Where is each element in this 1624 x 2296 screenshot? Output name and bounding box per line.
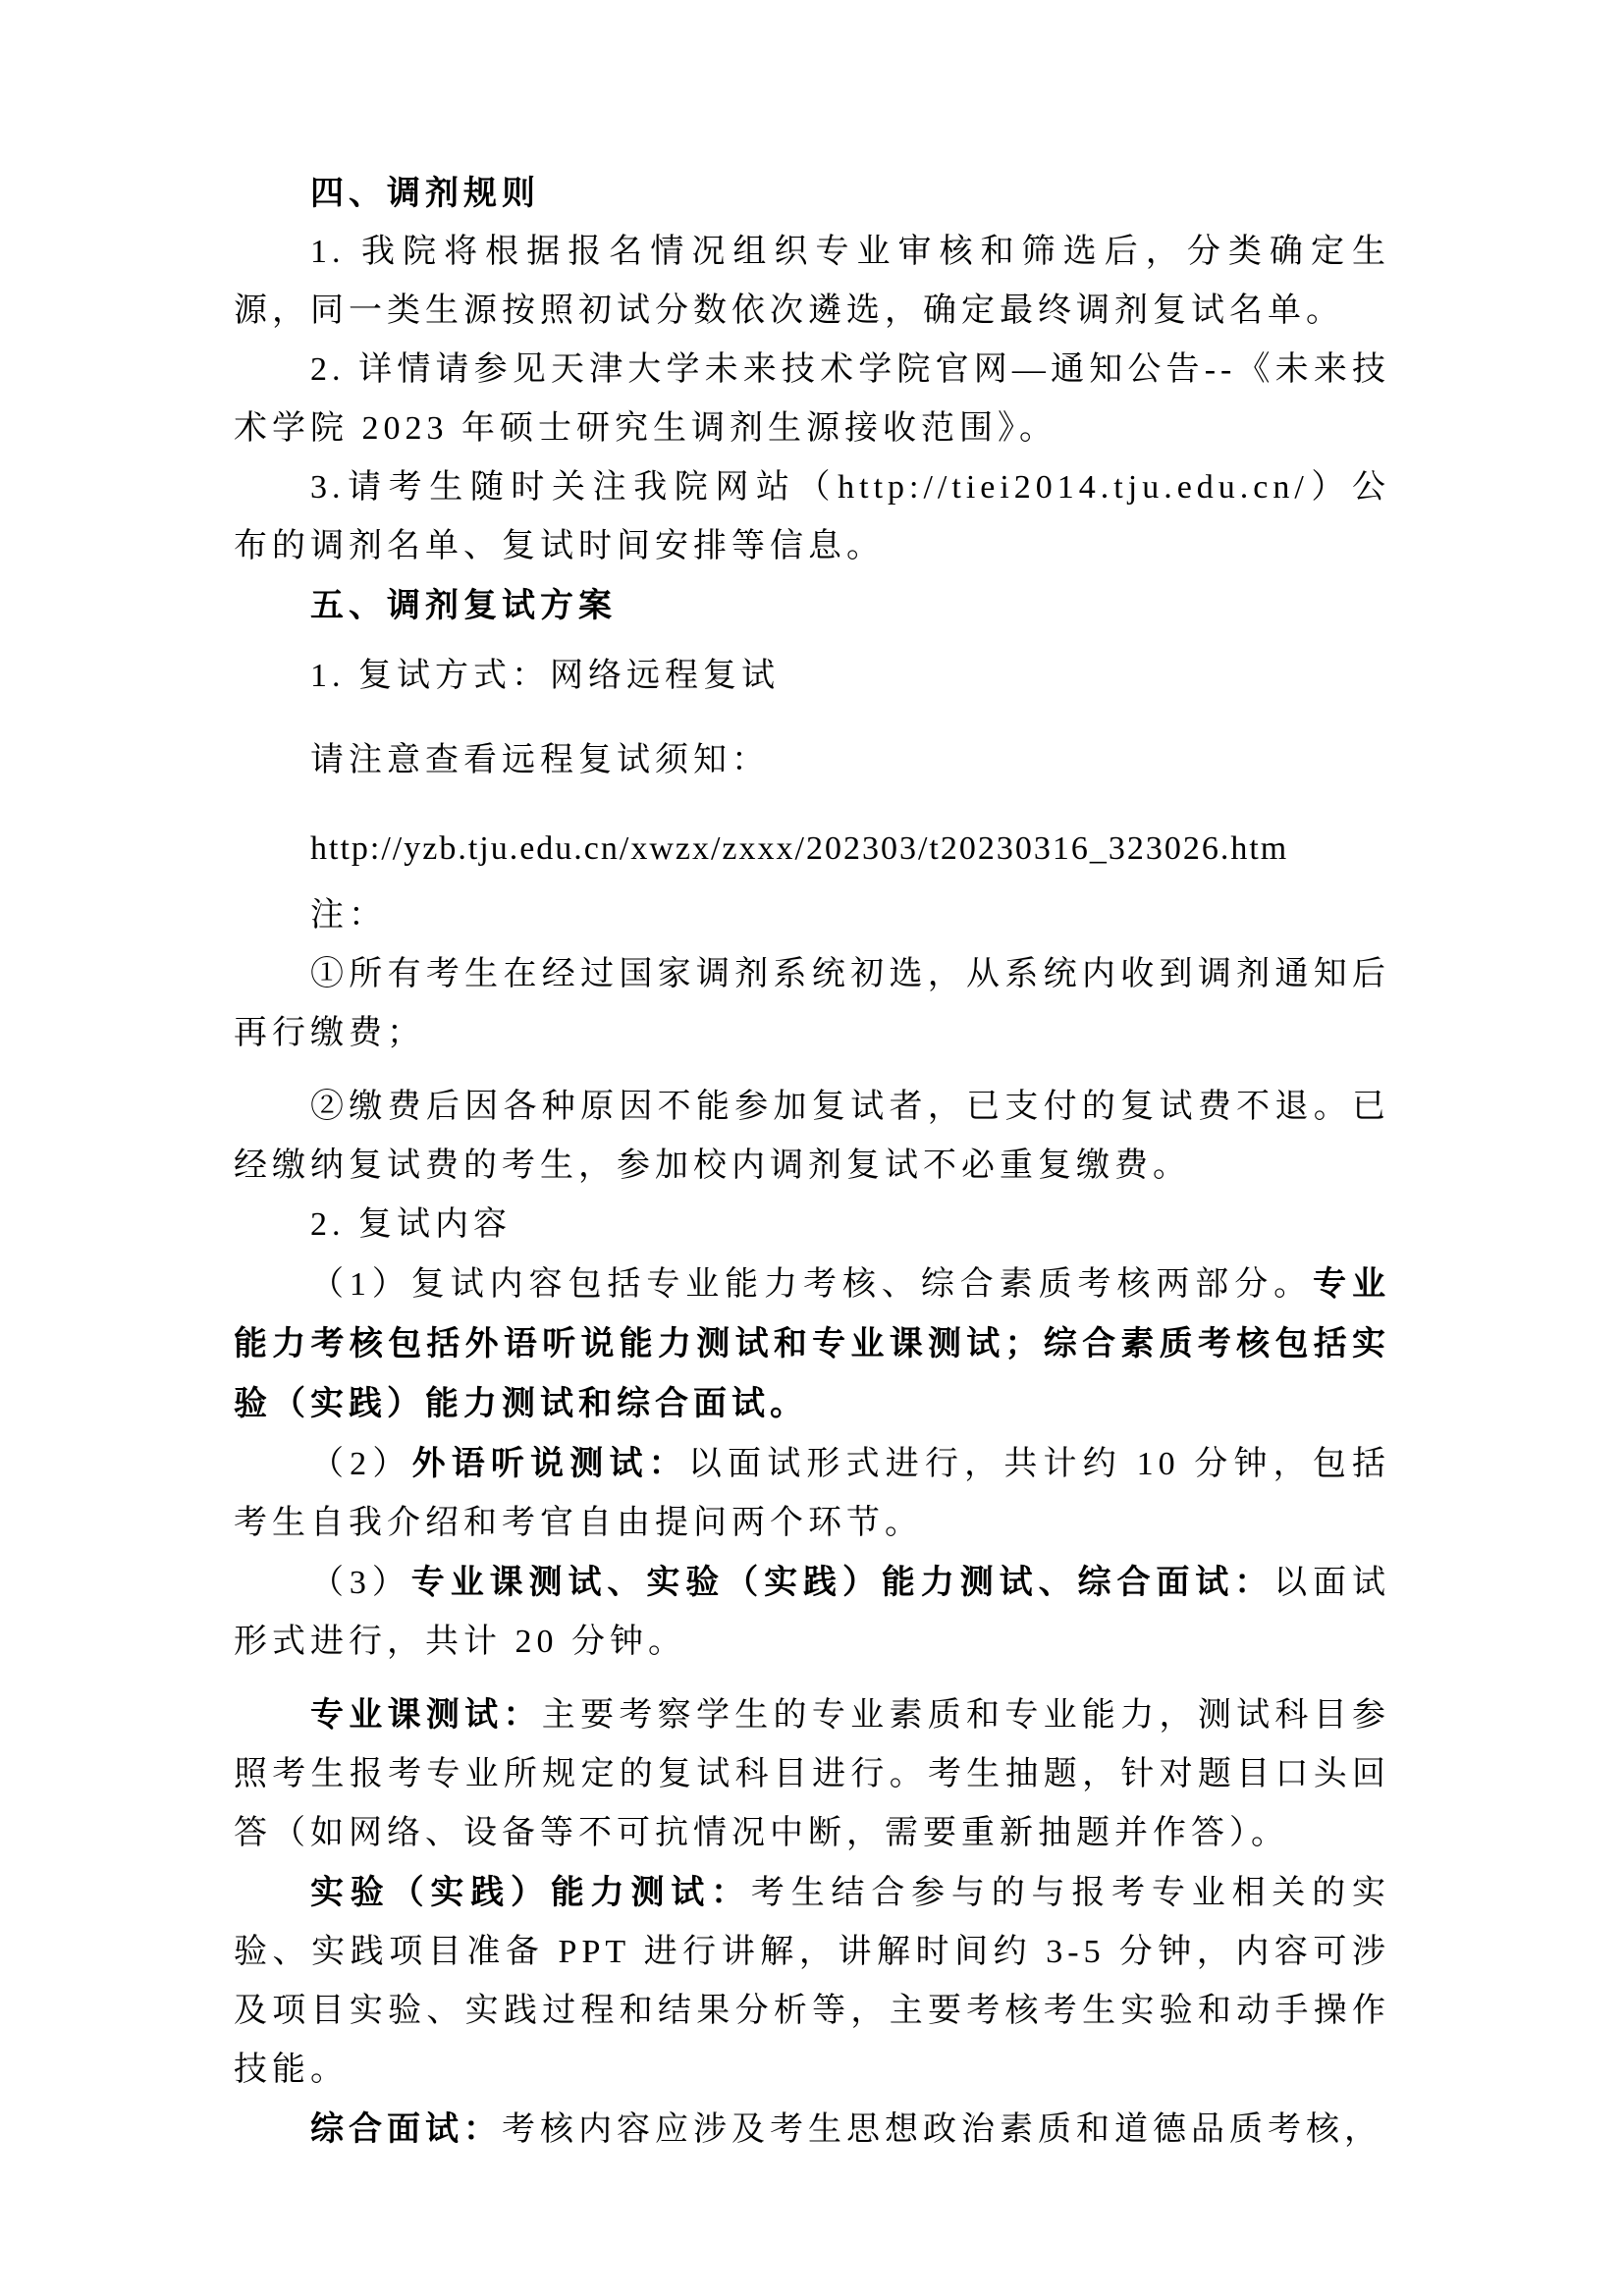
bold-text-run: 四、调剂规则 [310,175,540,212]
para-url: http://yzb.tju.edu.cn/xwzx/zxxx/202303/t… [234,820,1390,879]
para-review-content: 2. 复试内容 [234,1196,1390,1255]
para-exp-test: 实验（实践）能力测试：考生结合参与的与报考专业相关的实验、实践项目准备 PPT … [234,1863,1390,2100]
para-note-label: 注： [234,886,1390,945]
bold-text-run: 五、调剂复试方案 [310,587,617,624]
para-interview: 综合面试：考核内容应涉及考生思想政治素质和道德品质考核， [234,2100,1390,2160]
para-prof-test: 专业课测试：主要考察学生的专业素质和专业能力，测试科目参照考生报考专业所规定的复… [234,1685,1390,1863]
text-run: 2. 复试内容 [310,1206,512,1243]
para-content-2: （2）外语听说测试：以面试形式进行，共计约 10 分钟，包括考生自我介绍和考官自… [234,1434,1390,1553]
text-run: （2） [310,1446,412,1482]
text-run: （1）复试内容包括专业能力考核、综合素质考核两部分。 [310,1266,1313,1303]
heading-section-5: 五、调剂复试方案 [234,576,1390,635]
bold-text-run: 综合面试： [310,2110,502,2148]
bold-text-run: 专业课测试、实验（实践）能力测试、综合面试： [411,1564,1273,1601]
para-content-1: （1）复试内容包括专业能力考核、综合素质考核两部分。专业能力考核包括外语听说能力… [234,1255,1390,1434]
para-note-2: ②缴费后因各种原因不能参加复试者，已支付的复试费不退。已经缴纳复试费的考生，参加… [234,1078,1390,1196]
text-run: 3.请考生随时关注我院网站（http://tiei2014.tju.edu.cn… [234,469,1390,564]
text-run: 2. 详情请参见天津大学未来技术学院官网—通知公告--《未来技术学院 2023 … [234,351,1390,447]
text-run: ②缴费后因各种原因不能参加复试者，已支付的复试费不退。已经缴纳复试费的考生，参加… [234,1089,1390,1184]
text-run: 请注意查看远程复试须知： [310,742,770,778]
para-4-3: 3.请考生随时关注我院网站（http://tiei2014.tju.edu.cn… [234,458,1390,576]
text-run: http://yzb.tju.edu.cn/xwzx/zxxx/202303/t… [310,830,1288,867]
text-run: 1. 我院将根据报名情况组织专业审核和筛选后，分类确定生源，同一类生源按照初试分… [234,234,1390,329]
para-content-3: （3）专业课测试、实验（实践）能力测试、综合面试：以面试形式进行，共计 20 分… [234,1553,1390,1672]
para-note-1: ①所有考生在经过国家调剂系统初选，从系统内收到调剂通知后再行缴费； [234,945,1390,1063]
bold-text-run: 专业课测试： [310,1696,542,1734]
document-page: 四、调剂规则1. 我院将根据报名情况组织专业审核和筛选后，分类确定生源，同一类生… [0,0,1624,2296]
text-run: 注： [310,897,387,934]
text-run: （3） [310,1565,411,1601]
text-run: 考核内容应涉及考生思想政治素质和道德品质考核， [502,2111,1382,2148]
bold-text-run: 外语听说测试： [412,1445,688,1482]
text-run: ①所有考生在经过国家调剂系统初选，从系统内收到调剂通知后再行缴费； [234,956,1390,1051]
para-4-1: 1. 我院将根据报名情况组织专业审核和筛选后，分类确定生源，同一类生源按照初试分… [234,223,1390,341]
para-notice: 请注意查看远程复试须知： [234,731,1390,790]
document-content: 四、调剂规则1. 我院将根据报名情况组织专业审核和筛选后，分类确定生源，同一类生… [234,164,1390,2160]
heading-section-4: 四、调剂规则 [234,164,1390,223]
para-4-2: 2. 详情请参见天津大学未来技术学院官网—通知公告--《未来技术学院 2023 … [234,341,1390,458]
bold-text-run: 实验（实践）能力测试： [310,1874,751,1911]
para-review-method: 1. 复试方式：网络远程复试 [234,647,1390,706]
text-run: 1. 复试方式：网络远程复试 [310,658,780,694]
